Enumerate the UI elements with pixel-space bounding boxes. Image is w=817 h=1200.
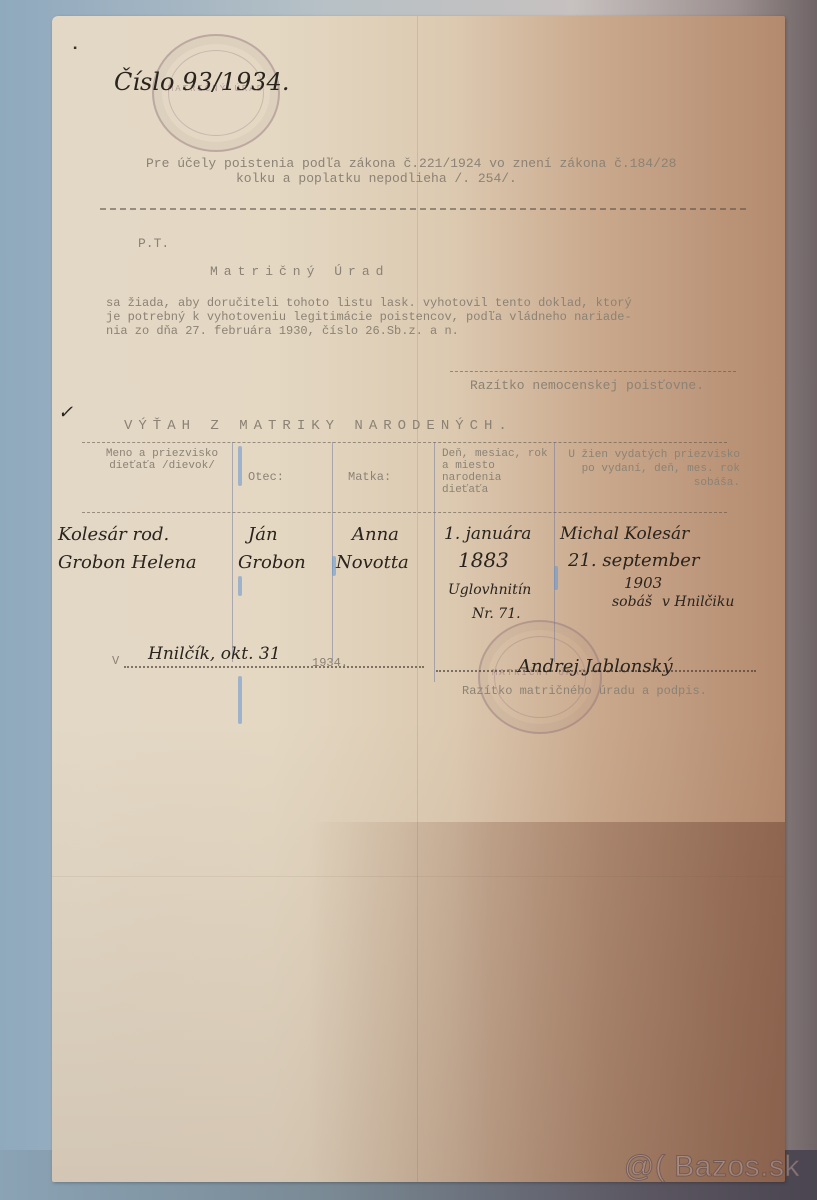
cell-birth-date: 1. januára: [444, 524, 531, 544]
cell-birth-year: 1883: [458, 548, 509, 572]
office-title: Matričný Úrad: [210, 264, 389, 279]
cell-father-line2: Grobon: [238, 552, 306, 573]
table-header-mother: Matka:: [348, 470, 391, 484]
cell-child-line1: Kolesár rod.: [58, 524, 169, 545]
cell-mother-line1: Anna: [352, 524, 399, 545]
cell-married-place: v Hnilčiku: [662, 594, 734, 610]
table-header-married: U žien vydatých priezvisko po vydaní, de…: [560, 448, 740, 490]
table-header-father: Otec:: [248, 470, 284, 484]
place-date-year: 1934.: [312, 656, 348, 670]
cell-mother-line2: Novotta: [336, 552, 409, 573]
exemption-note-line1: Pre účely poistenia podľa zákona č.221/1…: [146, 156, 677, 171]
blue-ink-mark: [554, 566, 558, 590]
blue-ink-mark: [238, 576, 242, 596]
fold-crease-horizontal: [52, 876, 785, 877]
blue-ink-mark: [238, 676, 242, 724]
insurer-stamp-line: [450, 371, 736, 372]
request-text-line1: sa žiada, aby doručiteli tohoto listu la…: [106, 296, 632, 310]
addressee-abbrev: P.T.: [138, 236, 169, 251]
cell-married-name: Michal Kolesár: [560, 524, 689, 544]
request-text-line3: nia zo dňa 27. februára 1930, číslo 26.S…: [106, 324, 459, 338]
table-column-divider-1: [232, 442, 233, 662]
table-column-divider-2: [332, 442, 333, 662]
registrar-stamp-label: Razítko matričného úradu a podpis.: [462, 684, 707, 698]
cell-married-date: 21. september: [568, 550, 700, 571]
document-sheet: ▪ MATRIČNÝ ÚRAD Číslo 93/1934. Pre účely…: [52, 16, 785, 1182]
request-text-line2: je potrebný k vyhotoveniu legitimácie po…: [106, 310, 632, 324]
place-date-handwritten: Hnilčík, okt. 31: [148, 644, 281, 664]
cell-married-year: 1903: [624, 574, 662, 592]
table-column-divider-3: [434, 442, 435, 682]
table-top-border: [82, 442, 727, 443]
office-stamp-bottom: MATRIČNÝ ÚRAD: [478, 620, 602, 734]
margin-check-mark: ✓: [58, 402, 73, 423]
fold-crease-vertical: [417, 16, 418, 1182]
table-header-bottom-border: [82, 512, 727, 513]
document-number: Číslo 93/1934.: [114, 68, 289, 96]
blue-ink-mark: [238, 446, 242, 486]
cell-married-label: sobáš: [612, 594, 652, 610]
registrar-signature: Andrej Jablonský: [518, 656, 673, 677]
separator-line: [100, 208, 746, 210]
cell-child-line2: Grobon Helena: [58, 552, 197, 573]
extract-title: VÝŤAH Z MATRIKY NARODENÝCH.: [124, 418, 513, 434]
exemption-note-line2: kolku a poplatku nepodlieha /. 254/.: [236, 171, 517, 186]
cell-father-line1: Ján: [248, 524, 278, 545]
place-date-prefix: V: [112, 654, 119, 668]
insurer-stamp-label: Razítko nemocenskej poisťovne.: [470, 378, 704, 393]
cell-birth-house-number: Nr. 71.: [472, 606, 521, 622]
bazos-watermark: @( Bazos.sk: [624, 1150, 800, 1184]
table-header-child-name: Meno a priezvisko dieťaťa /dievok/: [98, 448, 226, 472]
ink-speck: ▪: [72, 44, 78, 55]
cell-birth-place: Uglovhnitín: [448, 582, 531, 598]
table-header-birth: Deň, mesiac, rok a miesto narodenia dieť…: [442, 448, 552, 496]
